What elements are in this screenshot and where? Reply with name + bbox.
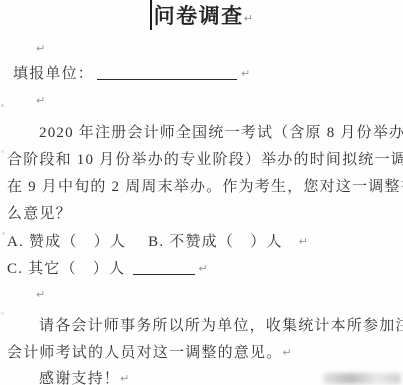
- option-a-label: A. 赞成（ ）人: [7, 234, 126, 250]
- intro-line: 在 9 月中旬的 2 周周末举办。作为考生，您对这一调整有什: [7, 175, 403, 196]
- paragraph-mark-icon: ↵: [36, 288, 45, 301]
- paragraph-mark-icon: ↵: [299, 235, 309, 248]
- intro-line: 2020 年注册会计师全国统一考试（含原 8 月份举办的综: [39, 121, 403, 142]
- option-c-blank[interactable]: [133, 260, 195, 275]
- title-row: 问卷调查↵: [0, 0, 403, 34]
- instruction-line: 会计师考试的人员对这一调整的意见。: [7, 345, 282, 361]
- paragraph-mark-icon: ↵: [282, 346, 292, 359]
- paragraph-mark-icon: ↵: [244, 12, 253, 25]
- instruction-row-2: 会计师考试的人员对这一调整的意见。↵: [7, 341, 293, 362]
- paragraph-mark-icon: ↵: [36, 94, 45, 107]
- closing-text: 感谢支持！: [39, 371, 120, 385]
- intro-line: 合阶段和 10 月份举办的专业阶段）举办的时间拟统一调整: [7, 148, 403, 169]
- paragraph-mark-icon: ↵: [120, 372, 130, 385]
- options-ab-row: A. 赞成（ ）人B. 不赞成（ ）人↵: [7, 230, 309, 251]
- intro-line: 么意见？: [7, 202, 72, 223]
- document-title: 问卷调查: [154, 4, 244, 28]
- document-page[interactable]: 问卷调查↵ ↵ 填报单位：↵ ↵ 2020 年注册会计师全国统一考试（含原 8 …: [0, 0, 403, 385]
- text-cursor: [150, 0, 152, 30]
- closing-row: 感谢支持！↵: [39, 367, 130, 385]
- paragraph-mark-icon: ↵: [36, 42, 45, 55]
- reporting-unit-blank[interactable]: [97, 65, 237, 80]
- reporting-unit-row: 填报单位：↵: [13, 62, 251, 83]
- option-c-label: C. 其它（ ）人: [7, 261, 125, 277]
- instruction-line: 请各会计师事务所以所为单位，收集统计本所参加注册: [39, 314, 403, 335]
- watermark: [323, 373, 401, 384]
- scan-noise: [1, 104, 4, 107]
- paragraph-mark-icon: ↵: [198, 262, 208, 275]
- option-c-row: C. 其它（ ）人↵: [7, 257, 209, 278]
- option-b-label: B. 不赞成（ ）人: [148, 234, 283, 250]
- reporting-unit-label: 填报单位：: [13, 66, 94, 82]
- paragraph-mark-icon: ↵: [241, 67, 251, 80]
